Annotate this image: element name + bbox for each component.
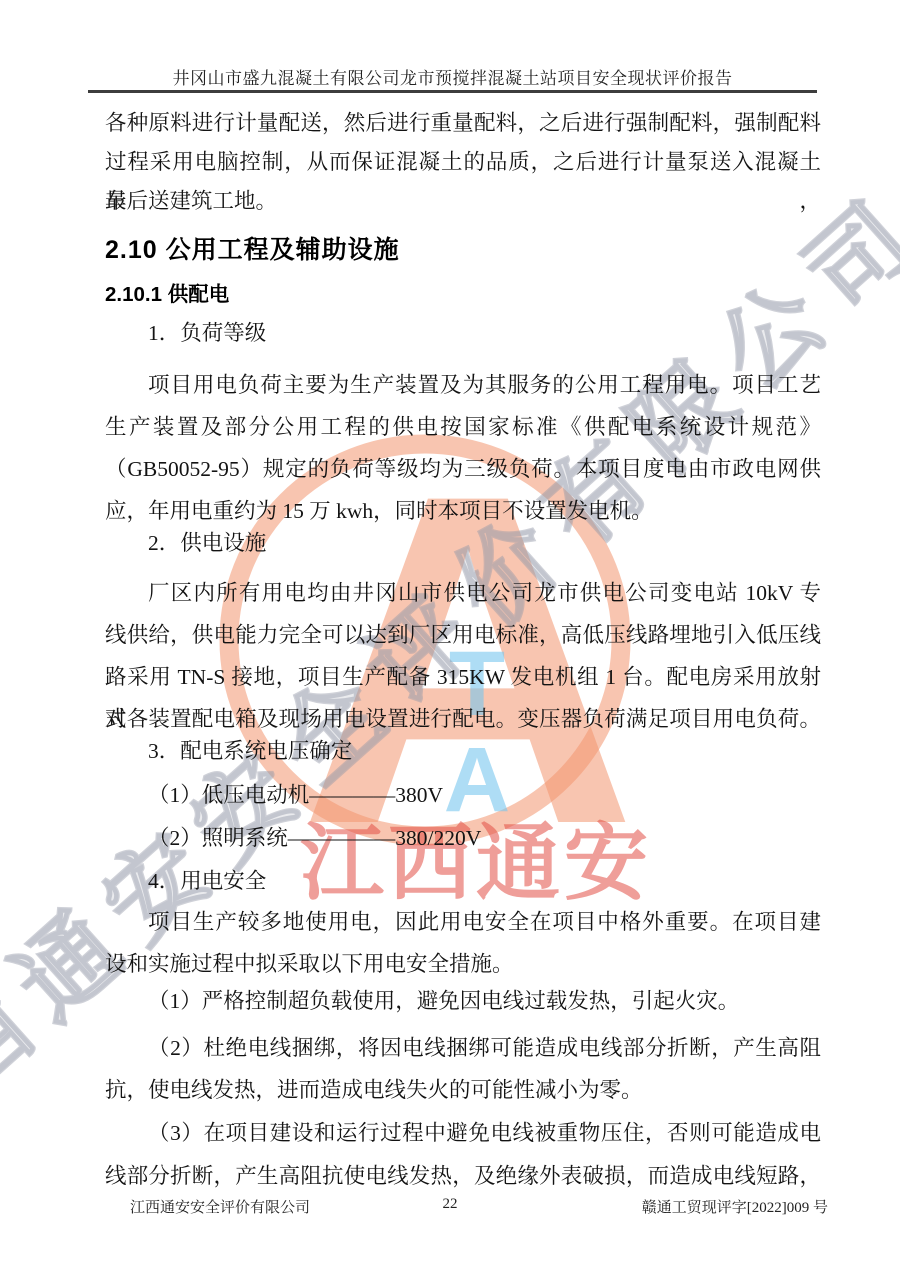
paragraph-line: 项目用电负荷主要为生产装置及为其服务的公用工程用电。项目工艺 (105, 364, 821, 406)
paragraph-power-facilities: 厂区内所有用电均由井冈山市供电公司龙市供电公司变电站 10kV 专 线供给，供电… (105, 572, 821, 740)
paragraph-line: 应，年用电重约为 15 万 kwh，同时本项目不设置发电机。 (105, 490, 821, 532)
paragraph-line: 厂区内所有用电均由井冈山市供电公司龙市供电公司变电站 10kV 专 (105, 572, 821, 614)
subsection-heading-2-10-1: 2.10.1 供配电 (105, 277, 229, 307)
list-item-electrical-safety: 4．用电安全 (105, 866, 821, 896)
paragraph-line: 设和实施过程中拟采取以下用电安全措施。 (105, 943, 821, 985)
paragraph-line: 对各装置配电箱及现场用电设置进行配电。变压器负荷满足项目用电负荷。 (105, 698, 821, 740)
footer-doc-number: 赣通工贸现评字[2022]009 号 (642, 1196, 828, 1217)
safety-measure-2: （2）杜绝电线捆绑，将因电线捆绑可能造成电线部分折断，产生高阻 抗，使电线发热，… (105, 1027, 821, 1111)
paragraph-load: 项目用电负荷主要为生产装置及为其服务的公用工程用电。项目工艺 生产装置及部分公用… (105, 364, 821, 532)
list-item-label: 1．负荷等级 (105, 318, 821, 348)
paragraph-line: （GB50052-95）规定的负荷等级均为三级负荷。本项目度电由市政电网供 (105, 448, 821, 490)
header-rule (88, 90, 817, 93)
paragraph-line: 项目生产较多地使用电，因此用电安全在项目中格外重要。在项目建 (105, 901, 821, 943)
paragraph-line: 抗，使电线发热，进而造成电线失火的可能性减小为零。 (105, 1069, 821, 1111)
voltage-item-motor: （1）低压电动机————380V (105, 780, 821, 810)
paragraph-line: 过程采用电脑控制，从而保证混凝土的品质，之后进行计量泵送入混凝土车， (105, 143, 821, 182)
paragraph-electrical-safety: 项目生产较多地使用电，因此用电安全在项目中格外重要。在项目建 设和实施过程中拟采… (105, 901, 821, 985)
list-item-voltage: 3．配电系统电压确定 (105, 736, 821, 766)
footer-company: 江西通安安全评价有限公司 (130, 1196, 310, 1217)
voltage-item-lighting: （2）照明系统—————380/220V (105, 823, 821, 853)
paragraph-line: 线部分折断，产生高阻抗使电线发热，及绝缘外表破损，而造成电线短路， (105, 1155, 821, 1198)
voltage-value: （2）照明系统—————380/220V (105, 823, 821, 853)
list-item-label: 4．用电安全 (105, 866, 821, 896)
paragraph-line: （1）严格控制超负载使用，避免因电线过载发热，引起火灾。 (105, 986, 821, 1016)
page-header-title: 井冈山市盛九混凝土有限公司龙市预搅拌混凝土站项目安全现状评价报告 (88, 64, 817, 89)
paragraph-line: （2）杜绝电线捆绑，将因电线捆绑可能造成电线部分折断，产生高阻 (105, 1027, 821, 1069)
section-heading-2-10: 2.10 公用工程及辅助设施 (105, 230, 400, 266)
report-page: A T A 江西通安 江西通安安全评价有限公司 井冈山市盛九混凝土有限公司龙市预… (0, 0, 900, 1274)
list-item-load-level: 1．负荷等级 (105, 318, 821, 348)
list-item-label: 3．配电系统电压确定 (105, 736, 821, 766)
voltage-value: （1）低压电动机————380V (105, 780, 821, 810)
list-item-power-facilities: 2．供电设施 (105, 528, 821, 558)
intro-paragraph: 各种原料进行计量配送，然后进行重量配料，之后进行强制配料，强制配料 过程采用电脑… (105, 104, 821, 221)
paragraph-line: 各种原料进行计量配送，然后进行重量配料，之后进行强制配料，强制配料 (105, 104, 821, 143)
paragraph-line: （3）在项目建设和运行过程中避免电线被重物压住，否则可能造成电 (105, 1112, 821, 1155)
paragraph-line: 线供给，供电能力完全可以达到厂区用电标准，高低压线路埋地引入低压线 (105, 614, 821, 656)
paragraph-line: 路采用 TN-S 接地，项目生产配备 315KW 发电机组 1 台。配电房采用放… (105, 656, 821, 698)
safety-measure-1: （1）严格控制超负载使用，避免因电线过载发热，引起火灾。 (105, 986, 821, 1016)
safety-measure-3: （3）在项目建设和运行过程中避免电线被重物压住，否则可能造成电 线部分折断，产生… (105, 1112, 821, 1198)
list-item-label: 2．供电设施 (105, 528, 821, 558)
paragraph-line: 生产装置及部分公用工程的供电按国家标准《供配电系统设计规范》 (105, 406, 821, 448)
